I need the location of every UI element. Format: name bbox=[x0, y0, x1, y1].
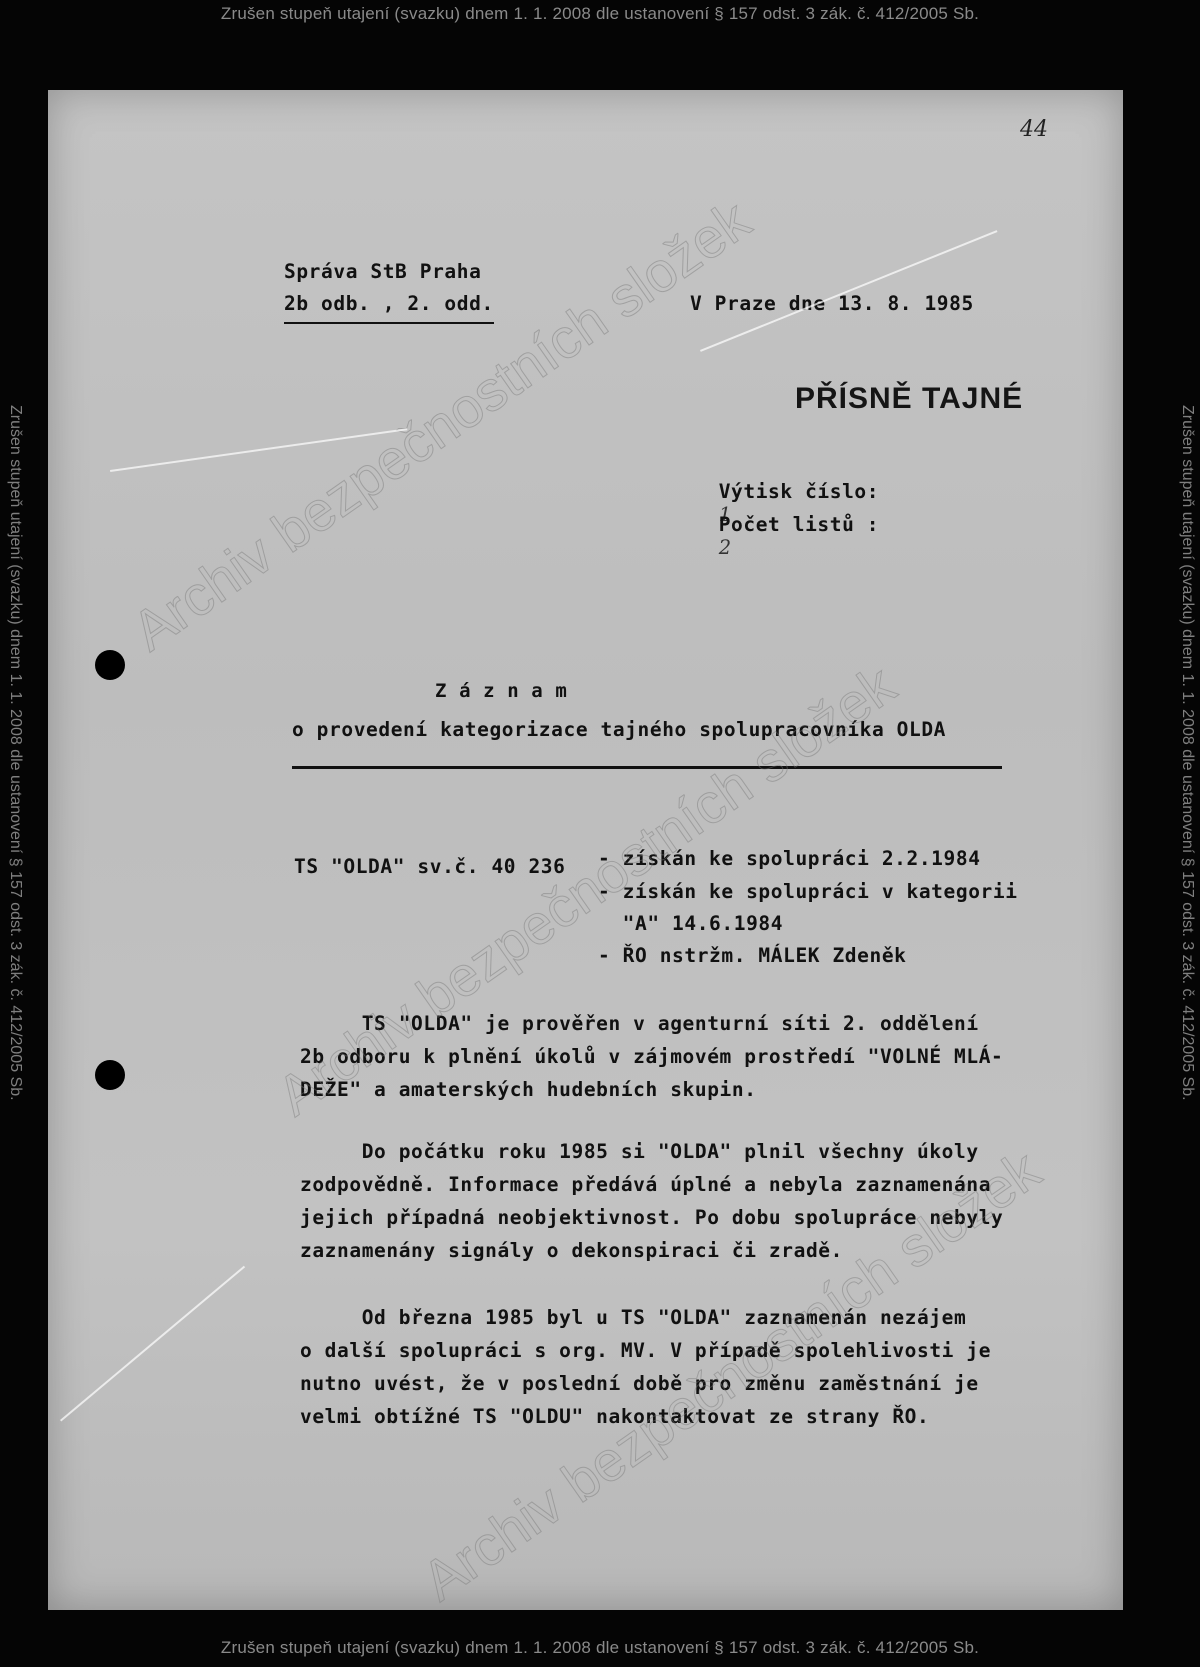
declassification-stamp-top: Zrušen stupeň utajení (svazku) dnem 1. 1… bbox=[0, 4, 1200, 24]
reference-item: "A" 14.6.1984 bbox=[598, 912, 783, 935]
issuer-line-2: 2b odb. , 2. odd. bbox=[284, 292, 494, 315]
folio-number: 44 bbox=[1020, 117, 1048, 142]
issuer-line-1: Správa StB Praha bbox=[284, 260, 481, 283]
classification-stamp: PŘÍSNĚ TAJNÉ bbox=[795, 382, 1023, 416]
reference-agent: TS "OLDA" sv.č. 40 236 bbox=[294, 855, 565, 878]
declassification-stamp-right: Zrušen stupeň utajení (svazku) dnem 1. 1… bbox=[1178, 405, 1196, 1101]
title-rule bbox=[292, 766, 1002, 769]
paragraph-3-line: o další spolupráci s org. MV. V případě … bbox=[300, 1339, 991, 1362]
declassification-stamp-bottom: Zrušen stupeň utajení (svazku) dnem 1. 1… bbox=[0, 1638, 1200, 1658]
reference-item: - získán ke spolupráci v kategorii bbox=[598, 880, 1018, 903]
document-title: Z á z n a m bbox=[435, 680, 567, 702]
reference-item: - ŘO nstržm. MÁLEK Zdeněk bbox=[598, 944, 907, 967]
paragraph-2-line: zodpovědně. Informace předává úplné a ne… bbox=[300, 1173, 991, 1196]
sheets-label: Počet listů : bbox=[719, 513, 879, 536]
sheets-value: 2 bbox=[719, 536, 732, 559]
punch-hole bbox=[95, 1060, 125, 1090]
issuer-underline bbox=[284, 322, 494, 324]
paragraph-2-line: Do počátku roku 1985 si "OLDA" plnil vše… bbox=[300, 1140, 979, 1163]
paragraph-2-line: zaznamenány signály o dekonspiraci či zr… bbox=[300, 1239, 843, 1262]
sheet-count-label: Počet listů : 2 bbox=[694, 490, 879, 559]
punch-hole bbox=[95, 650, 125, 680]
declassification-stamp-left: Zrušen stupeň utajení (svazku) dnem 1. 1… bbox=[6, 405, 24, 1101]
paragraph-3-line: nutno uvést, že v poslední době pro změn… bbox=[300, 1372, 979, 1395]
